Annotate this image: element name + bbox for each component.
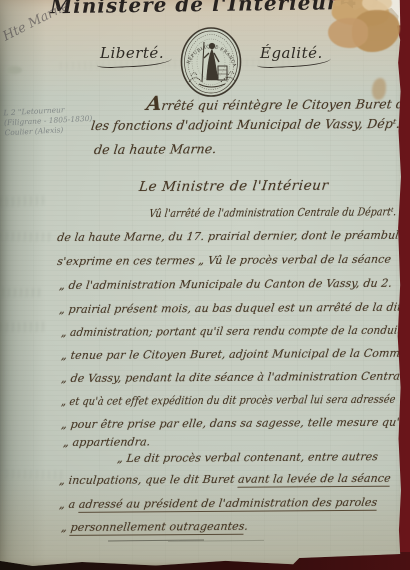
manuscript-line: „ personnellement outrageantes. xyxy=(60,520,248,534)
liberte-motto: Liberté. xyxy=(100,44,164,62)
manuscript-line: „ a adressé au président de l'administra… xyxy=(58,496,378,511)
manuscript-line: s'exprime en ces termes „ Vû le procès v… xyxy=(56,253,391,268)
bleedthrough-mark xyxy=(0,232,52,242)
manuscript-line: de la haute Marne, du 17. prairial derni… xyxy=(56,229,406,244)
bleedthrough-mark xyxy=(0,322,46,333)
summary-line: Arrêté qui réintègre le Citoyen Buret da… xyxy=(145,90,410,115)
manuscript-page: 45 Ministère de l'Intérieur Hte Marne L … xyxy=(0,0,410,570)
manuscript-line: „ prairial présent mois, au bas duquel e… xyxy=(58,301,409,316)
underlined-text: adressé au président de l'administration… xyxy=(78,496,378,513)
manuscript-line: „ administration; portant qu'il sera ren… xyxy=(60,324,408,339)
minister-heading: Le Ministre de l'Intérieur xyxy=(138,178,329,195)
egalite-motto: Égalité. xyxy=(260,44,323,62)
paper-sheet: Ministère de l'Intérieur Hte Marne L 2 "… xyxy=(0,0,410,570)
manuscript-line: „ de Vassy, pendant la dite séance à l'a… xyxy=(60,370,410,385)
bleedthrough-mark xyxy=(6,469,66,479)
underlined-text: personnellement outrageantes xyxy=(70,520,246,536)
line-text: „ inculpations, que le dit Buret xyxy=(58,473,238,487)
paper-speck xyxy=(6,66,22,74)
manuscript-line: „ Le dit procès verbal contenant, entre … xyxy=(116,450,378,465)
manuscript-line: „ tenue par le Citoyen Buret, adjoint Mu… xyxy=(60,346,410,362)
margin-pencil-note: L 2 "Letourneur (Filigrane - 1805-1830) … xyxy=(3,104,93,139)
line-text: „ a xyxy=(58,498,79,511)
manuscript-line: „ appartiendra. xyxy=(62,435,151,449)
manuscript-line: „ de l'administration Municipale du Cant… xyxy=(58,277,392,292)
underlined-text: avant la levée de la séance xyxy=(237,472,391,488)
manuscript-line: „ pour être prise par elle, dans sa sage… xyxy=(60,416,407,431)
manuscript-line: „ inculpations, que le dit Buret avant l… xyxy=(58,472,391,487)
republique-seal-icon: RÉPUBLIQUE FRANÇAISE xyxy=(179,26,243,98)
summary-line: les fonctions d'adjoint Municipal de Vas… xyxy=(90,116,401,133)
stain-blob xyxy=(328,18,368,48)
bleedthrough-mark xyxy=(2,288,42,297)
manuscript-line: „ et qu'à cet effet expédition du dit pr… xyxy=(60,393,396,408)
manuscript-line: Vû l'arrêté de l'administration Centrale… xyxy=(148,205,397,220)
summary-line: de la haute Marne. xyxy=(93,141,217,157)
bleedthrough-mark xyxy=(0,195,44,207)
paper-stain xyxy=(328,0,406,66)
